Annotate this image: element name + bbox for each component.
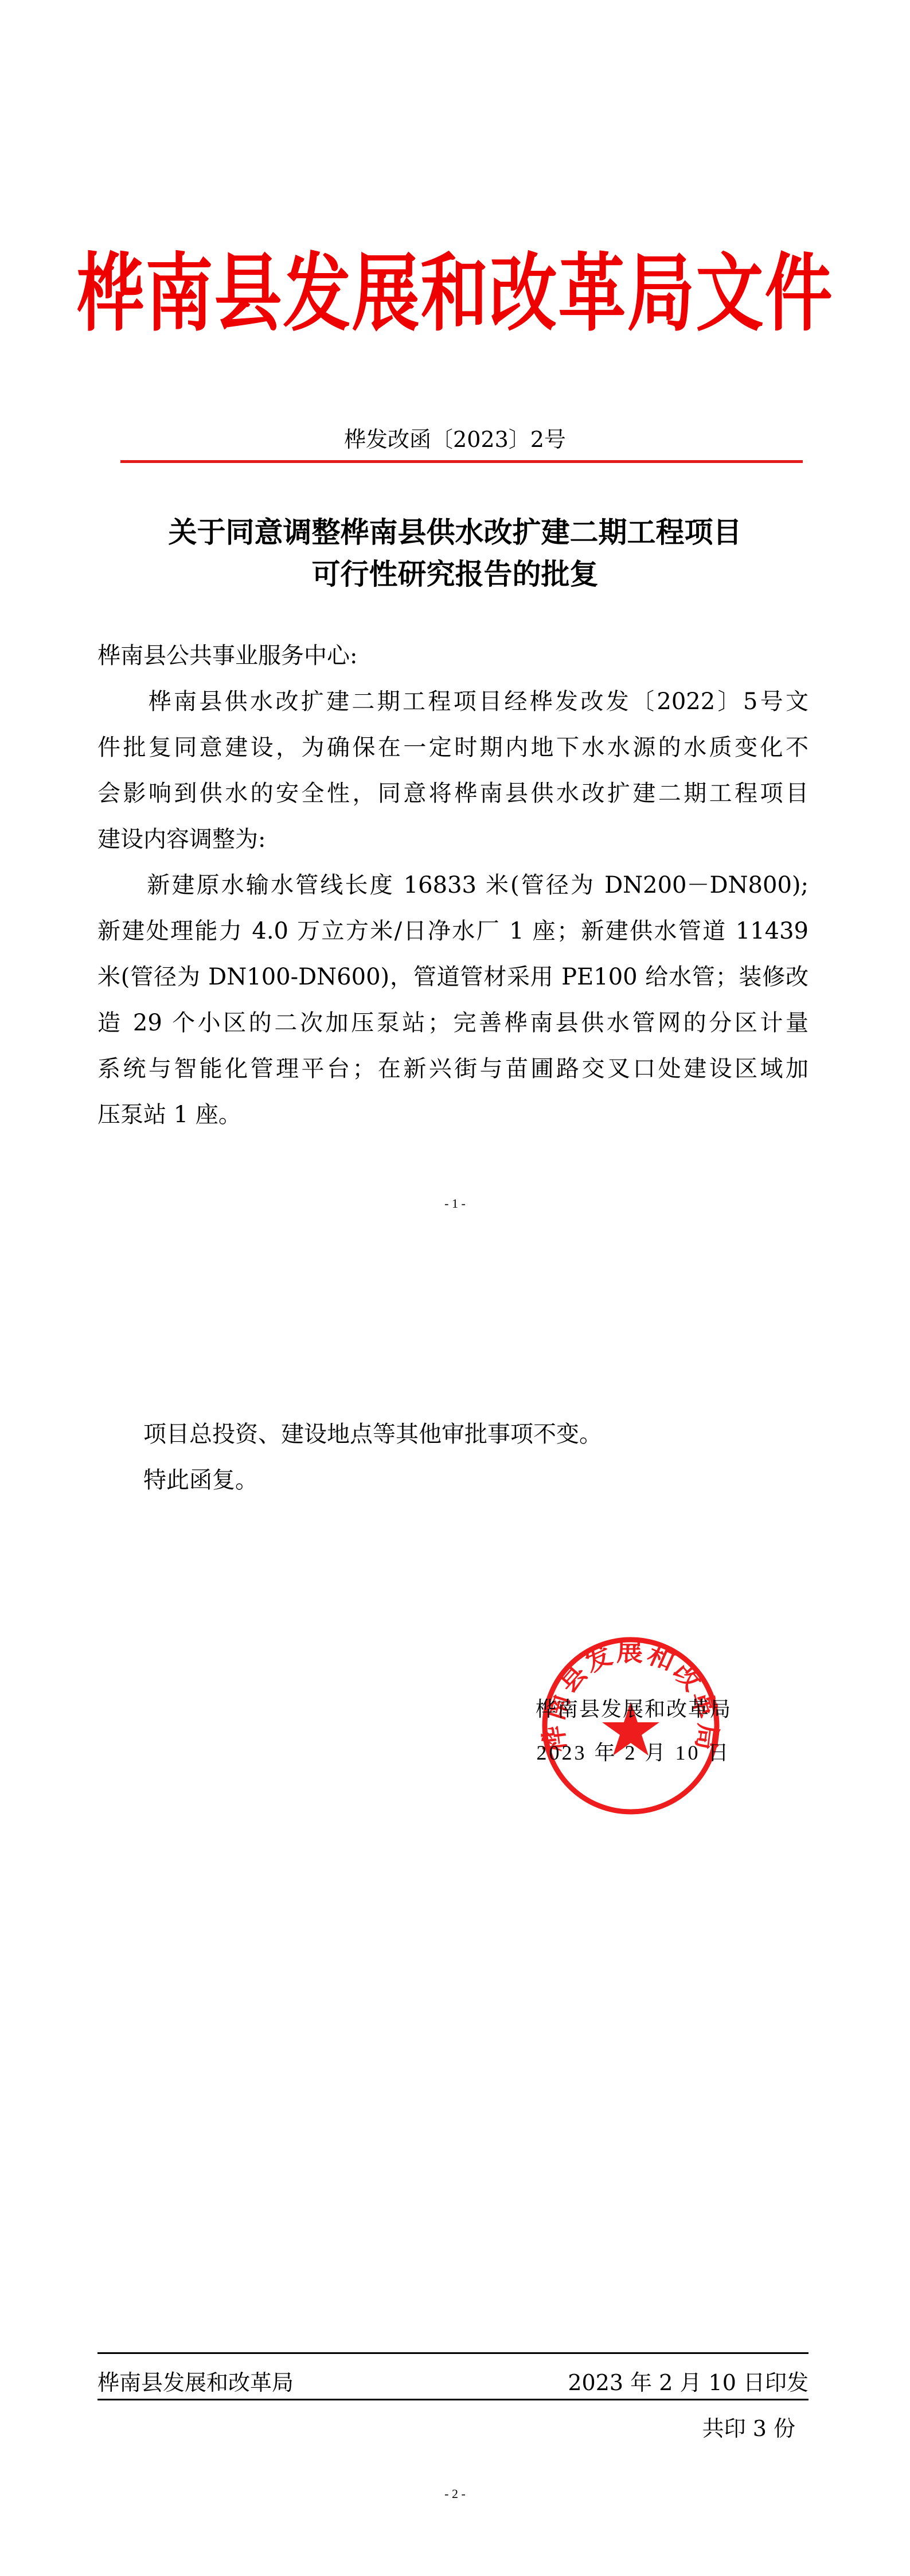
footer-top-rule bbox=[97, 2352, 809, 2354]
paragraph-2-line: 新建原水输水管线长度 16833 米(管径为 DN200－DN800); bbox=[97, 868, 809, 902]
footer-print-date: 2023 年 2 月 10 日印发 bbox=[568, 2367, 809, 2399]
paragraph-2-line: 系统与智能化管理平台；在新兴街与苗圃路交叉口处建设区域加 bbox=[97, 1052, 809, 1086]
official-seal-icon: 桦南县发展和改革局 bbox=[539, 1634, 722, 1818]
paragraph-1-line: 建设内容调整为: bbox=[97, 822, 809, 857]
paragraph-1-line: 件批复同意建设，为确保在一定时期内地下水水源的水质变化不 bbox=[97, 730, 809, 765]
document-number: 桦发改函〔2023〕2号 bbox=[0, 423, 910, 456]
paragraph-2-line: 造 29 个小区的二次加压泵站；完善桦南县供水管网的分区计量 bbox=[97, 1006, 809, 1040]
footer-copies-count: 共印 3 份 bbox=[702, 2412, 795, 2445]
document-title-line-2: 可行性研究报告的批复 bbox=[0, 554, 910, 595]
document-title-line-1: 关于同意调整桦南县供水改扩建二期工程项目 bbox=[0, 512, 910, 553]
signature-organization: 桦南县发展和改革局 bbox=[519, 1695, 748, 1724]
footer-bottom-rule bbox=[97, 2399, 809, 2400]
closing-line: 特此函复。 bbox=[97, 1463, 809, 1497]
paragraph-1-line: 会影响到供水的安全性，同意将桦南县供水改扩建二期工程项目 bbox=[97, 776, 809, 811]
document-header-title: 桦南县发展和改革局文件 bbox=[0, 232, 910, 355]
paragraph-2-line: 压泵站 1 座。 bbox=[97, 1098, 809, 1132]
paragraph-3: 项目总投资、建设地点等其他审批事项不变。 bbox=[97, 1417, 809, 1452]
page-number-2: - 2 - bbox=[0, 2485, 910, 2503]
paragraph-1-line: 桦南县供水改扩建二期工程项目经桦发改发〔2022〕5号文 bbox=[97, 684, 809, 719]
signature-date: 2023 年 2 月 10 日 bbox=[536, 1738, 731, 1767]
footer-issuing-organization: 桦南县发展和改革局 bbox=[97, 2367, 294, 2399]
salutation: 桦南县公共事业服务中心: bbox=[97, 639, 809, 673]
paragraph-2-line: 米(管径为 DN100-DN600)，管道管材采用 PE100 给水管；装修改 bbox=[97, 960, 809, 994]
paragraph-2-line: 新建处理能力 4.0 万立方米/日净水厂 1 座；新建供水管道 11439 bbox=[97, 914, 809, 948]
page-number-1: - 1 - bbox=[0, 1195, 910, 1212]
header-red-divider bbox=[120, 460, 803, 463]
